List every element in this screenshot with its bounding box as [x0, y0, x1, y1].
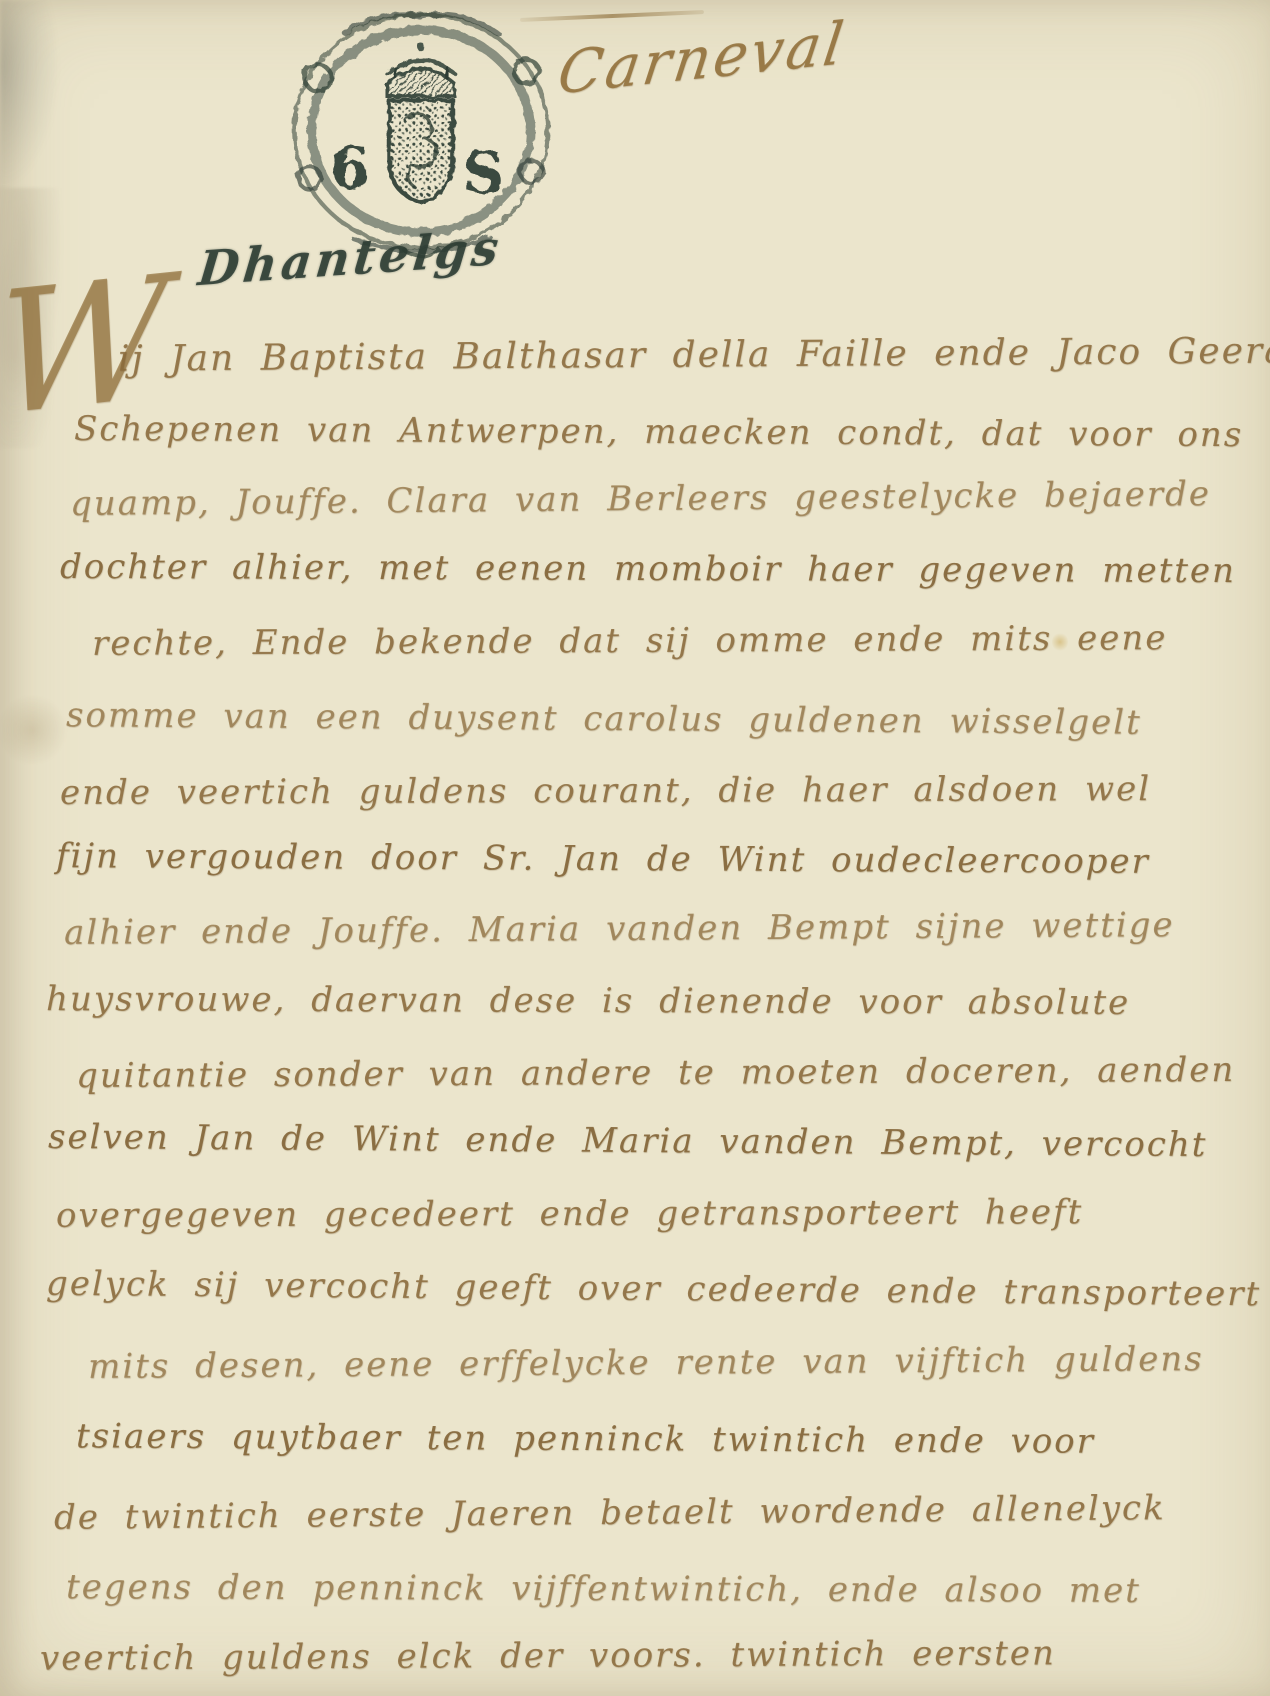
- manuscript-line: huysvrouwe, daervan dese is dienende voo…: [46, 979, 1130, 1024]
- manuscript-line: alhier ende Jouffe. Maria vanden Bempt s…: [64, 905, 1175, 954]
- manuscript-line: quamp, Jouffe. Clara van Berleers geeste…: [70, 474, 1211, 525]
- manuscript-line: overgegeven gecedeert ende getransportee…: [56, 1192, 1083, 1236]
- manuscript-line: tsiaers quytbaer ten penninck twintich e…: [76, 1416, 1095, 1462]
- manuscript-line: tegens den penninck vijffentwintich, end…: [66, 1567, 1141, 1612]
- stamp-duty-letter: S: [463, 139, 504, 206]
- manuscript-line: de twintich eerste Jaeren betaelt worden…: [54, 1488, 1166, 1538]
- shield-icon: [389, 100, 452, 202]
- manuscript-line: ij Jan Baptista Balthasar della Faille e…: [118, 328, 1270, 381]
- manuscript-line: quitantie sonder van andere te moeten do…: [76, 1050, 1235, 1097]
- manuscript-line: rechte, Ende bekende dat sij omme ende m…: [92, 618, 1168, 664]
- edge-smudge: [0, 0, 60, 190]
- manuscript-line: somme van een duysent carolus guldenen w…: [66, 695, 1142, 743]
- manuscript-line: veertich guldens elck der voors. twintic…: [40, 1633, 1056, 1679]
- manuscript-line: mits desen, eene erffelycke rente van vi…: [88, 1339, 1204, 1388]
- stamp-duty-value: 6: [330, 135, 370, 202]
- margin-stain: [0, 690, 72, 770]
- manuscript-line: gelyck sij vercocht geeft over cedeerde …: [46, 1264, 1261, 1315]
- crown-icon: [387, 69, 454, 97]
- manuscript-page: 6 S Dhantelgs Carneval W ij Jan Baptista…: [0, 0, 1270, 1696]
- manuscript-line: dochter alhier, met eenen momboir haer g…: [60, 547, 1236, 592]
- manuscript-line: selven Jan de Wint ende Maria vanden Bem…: [48, 1117, 1208, 1166]
- header-annotation: Carneval: [554, 8, 850, 108]
- manuscript-line: fijn vergouden door Sr. Jan de Wint oude…: [56, 836, 1150, 883]
- manuscript-line: Schepenen van Antwerpen, maecken condt, …: [74, 409, 1243, 456]
- manuscript-line: ende veertich guldens courant, die haer …: [60, 769, 1151, 814]
